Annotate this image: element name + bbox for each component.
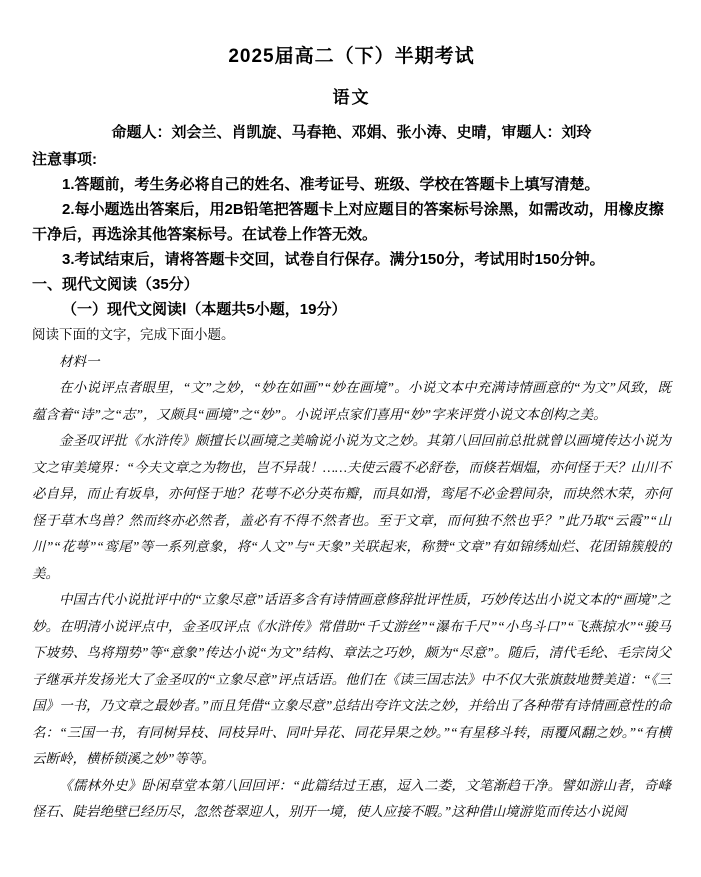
- material-paragraph-2: 金圣叹评批《水浒传》颇擅长以画境之美喻说小说为文之妙。其第八回回前总批就曾以画境…: [32, 428, 671, 587]
- notice-item-1: 1.答题前，考生务必将自己的姓名、准考证号、班级、学校在答题卡上填写清楚。: [32, 172, 671, 197]
- subject-title: 语文: [32, 86, 671, 110]
- exam-paper-page: 2025届高二（下）半期考试 语文 命题人：刘会兰、肖凯旋、马春艳、邓娟、张小涛…: [0, 0, 701, 877]
- exam-setters-line: 命题人：刘会兰、肖凯旋、马春艳、邓娟、张小涛、史晴，审题人：刘玲: [32, 122, 671, 144]
- subsection-heading-reading-1: （一）现代文阅读Ⅰ（本题共5小题，19分）: [32, 297, 671, 322]
- material-paragraph-1: 在小说评点者眼里，“文”之妙，“妙在如画”“妙在画境”。小说文本中充满诗情画意的…: [32, 375, 671, 428]
- page-title: 2025届高二（下）半期考试: [32, 44, 671, 70]
- notice-item-3: 3.考试结束后，请将答题卡交回，试卷自行保存。满分150分，考试用时150分钟。: [32, 247, 671, 272]
- notice-heading: 注意事项:: [32, 147, 671, 172]
- notice-list: 1.答题前，考生务必将自己的姓名、准考证号、班级、学校在答题卡上填写清楚。 2.…: [32, 172, 671, 272]
- notice-item-2: 2.每小题选出答案后，用2B铅笔把答题卡上对应题目的答案标号涂黑，如需改动，用橡…: [32, 197, 671, 247]
- section-heading-modern-reading: 一、现代文阅读（35分）: [32, 272, 671, 297]
- reading-instruction: 阅读下面的文字，完成下面小题。: [32, 322, 671, 349]
- material-one-label: 材料一: [32, 349, 671, 376]
- material-paragraph-3: 中国古代小说批评中的“立象尽意”话语多含有诗情画意修辞批评性质，巧妙传达出小说文…: [32, 587, 671, 773]
- material-paragraph-4: 《儒林外史》卧闲草堂本第八回回评：“此篇结过王惠，逗入二娄，文笔渐趋干净。譬如游…: [32, 773, 671, 826]
- material-one-body: 在小说评点者眼里，“文”之妙，“妙在如画”“妙在画境”。小说文本中充满诗情画意的…: [32, 375, 671, 826]
